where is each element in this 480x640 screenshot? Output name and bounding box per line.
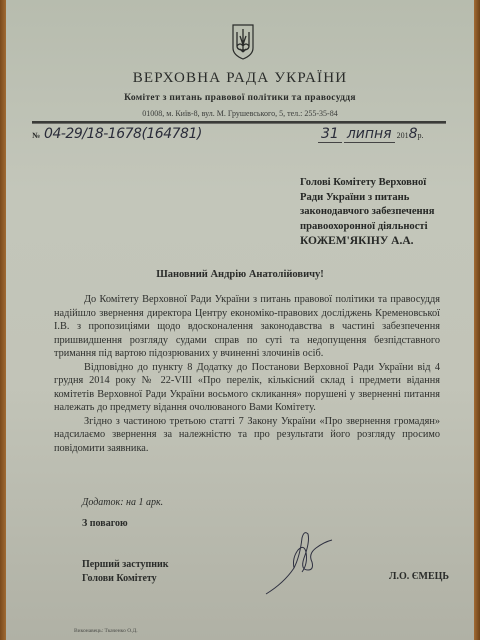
addressee-line: Ради України з питань: [300, 191, 434, 206]
registration-number: № 04-29/18-1678(164781): [32, 126, 202, 142]
date-suffix: р.: [418, 131, 424, 140]
closing-regards: З повагою: [82, 518, 128, 529]
handwritten-number: 04-29/18-1678(164781): [44, 126, 202, 142]
executor-note: Виконавець: Ткаченко О.Д.: [74, 628, 138, 634]
body-paragraph: До Комітету Верховної Ради України з пит…: [54, 293, 440, 361]
addressee-line: законодавчого забезпечення: [300, 205, 434, 220]
desk-edge-right: [474, 0, 480, 640]
salutation: Шановний Андрію Анатолійовичу!: [6, 269, 474, 280]
handwritten-signature-icon: [264, 528, 334, 598]
attachment-note: Додаток: на 1 арк.: [82, 497, 163, 508]
signatory-name: Л.О. ЄМЕЦЬ: [389, 571, 449, 582]
letterhead-title: ВЕРХОВНА РАДА УКРАЇНИ: [6, 70, 474, 87]
addressee-name: КОЖЕМ'ЯКІНУ А.А.: [300, 234, 434, 249]
date-year-prefix: 201: [397, 131, 409, 140]
letterhead-committee: Комітет з питань правової політики та пр…: [6, 93, 474, 103]
body-paragraph: Відповідно до пункту 8 Додатку до Постан…: [54, 361, 440, 415]
letterhead-divider: [32, 121, 446, 124]
signatory-title: Перший заступник Голови Комітету: [82, 558, 169, 585]
addressee-line: правоохоронної діяльності: [300, 220, 434, 235]
letter-body: До Комітету Верховної Ради України з пит…: [54, 293, 440, 455]
date-day: 31: [318, 126, 342, 143]
date-month: липня: [344, 126, 395, 143]
addressee-line: Голові Комітету Верховної: [300, 176, 434, 191]
letter-page: ВЕРХОВНА РАДА УКРАЇНИ Комітет з питань п…: [6, 0, 474, 640]
trident-emblem-icon: [232, 24, 254, 60]
letterhead-address: 01008, м. Київ-8, вул. М. Грушевського, …: [6, 109, 474, 118]
date-year-suffix: 8: [409, 126, 418, 142]
signatory-title-line: Голови Комітету: [82, 572, 169, 586]
registration-date: 31 липня 2018р.: [318, 126, 424, 142]
signatory-title-line: Перший заступник: [82, 558, 169, 572]
addressee-block: Голові Комітету Верховної Ради України з…: [300, 176, 434, 249]
number-sign: №: [32, 131, 40, 140]
body-paragraph: Згідно з частиною третьою статті 7 Закон…: [54, 415, 440, 456]
